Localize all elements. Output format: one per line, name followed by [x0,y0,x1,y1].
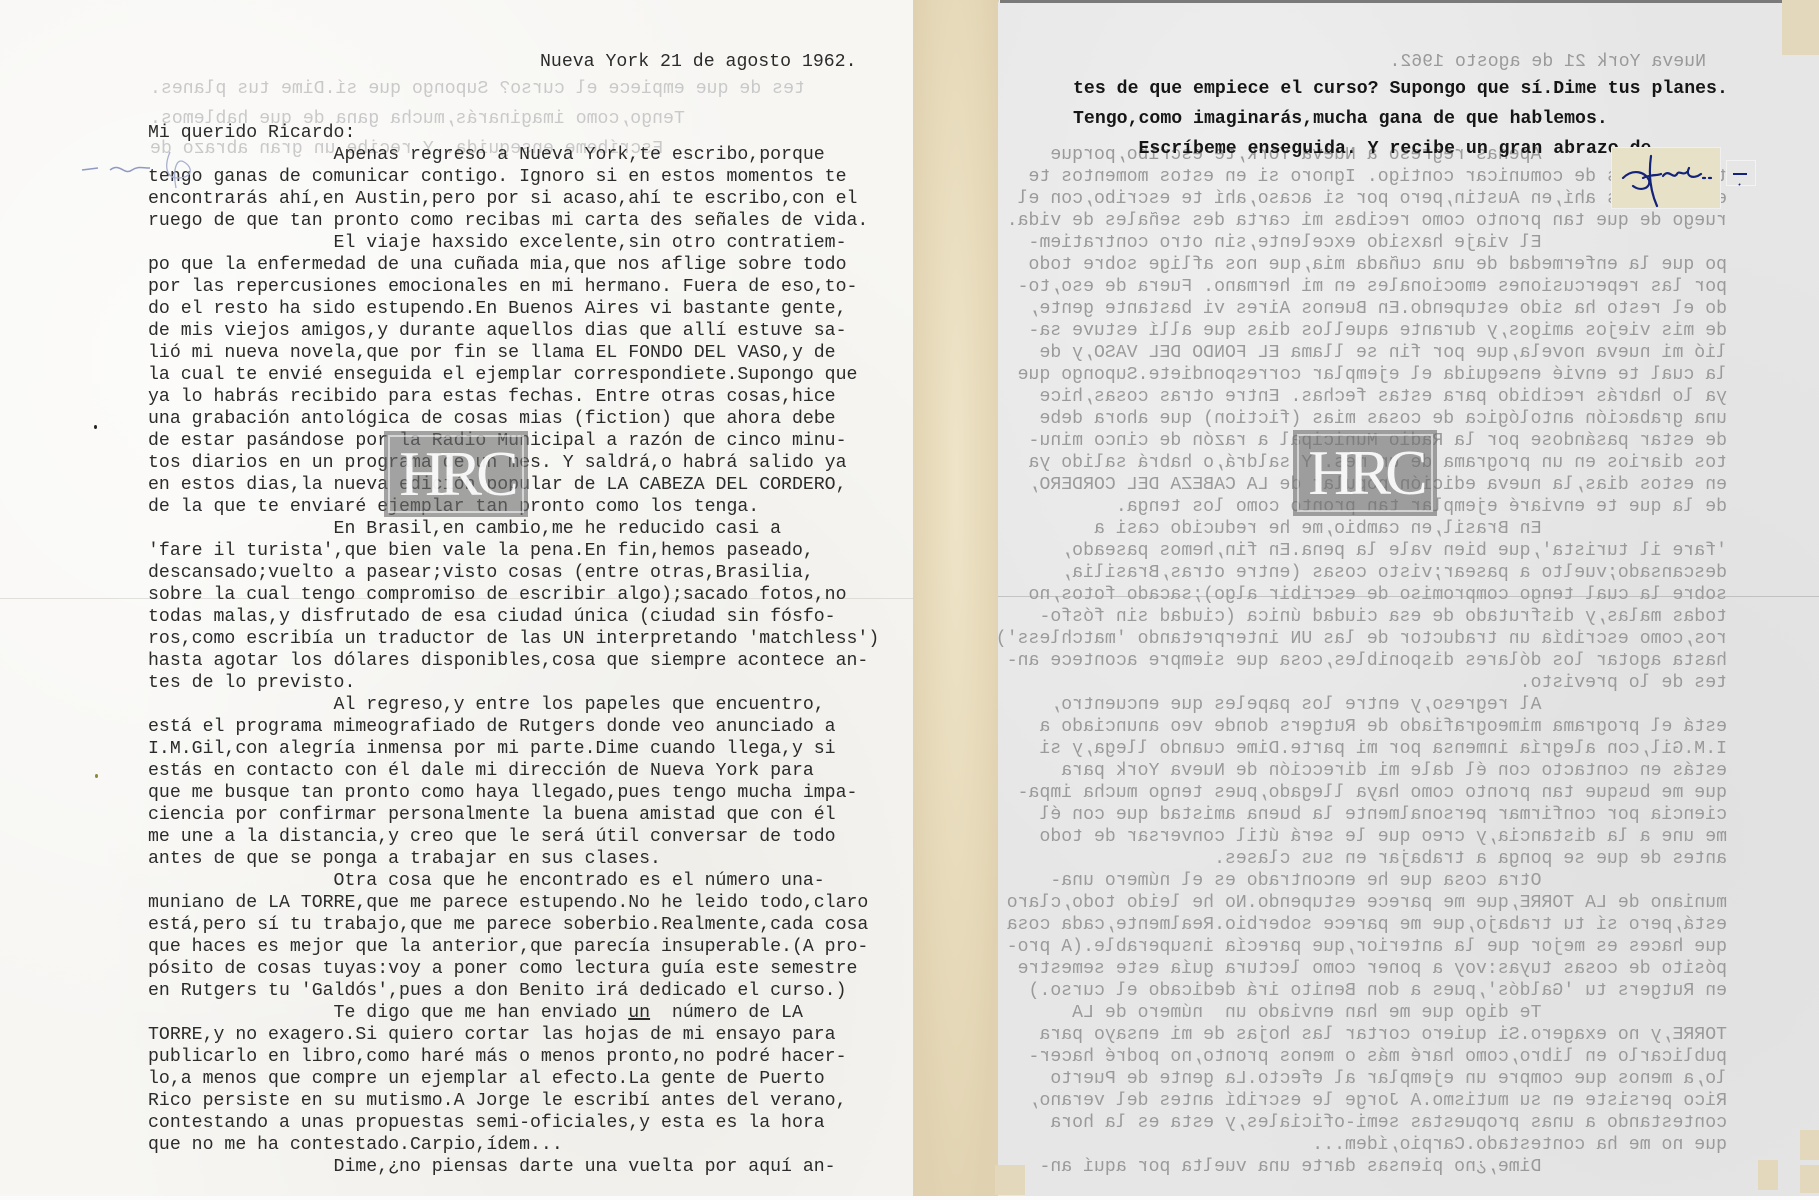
ghost-line: Te digo que me han enviado un número de … [997,1002,1727,1024]
ink-speck [95,774,98,778]
letter-line: contestando a unas propuestas semi-ofici… [148,1112,825,1134]
letter-line: pósito de cosas tuyas:voy a poner como l… [148,958,857,980]
letter-line: En Brasil,en cambio,me he reducido casi … [148,518,781,540]
letter-line: Rico persiste en su mutismo.A Jorge le e… [148,1090,847,1112]
letter-line: de mis viejos amigos,y durante aquellos … [148,320,847,342]
letter-line: que no me ha contestado.Carpio,ídem... [148,1134,563,1156]
date-line: Nueva York 21 de agosto 1962. [540,51,857,73]
ghost-line: estás en contacto con él dale mi direcci… [997,760,1727,782]
ghost-line: Dime,¿no piensas darte una vuelta por aq… [997,1156,1727,1178]
ghost-line: Al regreso,y entre los papeles que encue… [997,694,1727,716]
page-bottom-edge [0,1196,1819,1200]
ghost-line: ciencia por confirmar personalmente la b… [997,804,1727,826]
ghost-line: ros,como escribía un traductor de las UN… [997,628,1727,650]
paper-corner [1800,1130,1819,1160]
letter-line: una grabación antológica de cosas mias (… [148,408,836,430]
ghost-line: muniano de LA TORRE,que me parece estupe… [997,892,1727,914]
underlined-word: un [628,1003,650,1023]
hrc-watermark: HRC [384,431,528,517]
letter-line: El viaje haxsido excelente,sin otro cont… [148,232,847,254]
paper-corner [1758,1160,1778,1190]
letter-line: po que la enfermedad de una cuñada mia,q… [148,254,847,276]
letter-line: muniano de LA TORRE,que me parece estupe… [148,892,868,914]
letter-line: Te digo que me han enviado un número de … [148,1002,803,1024]
ghost-line: publicarlo en libro,como haré más o meno… [997,1046,1727,1068]
closing-line: Tengo,como imaginarás,mucha gana de que … [1073,108,1608,130]
ghost-line: contestando a unas propuestas semi-ofici… [997,1112,1727,1134]
ghost-line: una grabación antológica de cosas mias (… [997,408,1727,430]
closing-line: tes de que empiece el curso? Supongo que… [1073,78,1728,100]
letter-line: 'fare il turista',que bien vale la pena.… [148,540,814,562]
ink-speck [94,425,97,429]
letter-line: ya lo habrás recibido para estas fechas.… [148,386,836,408]
ghost-line: po que la enfermedad de una cuñada mia,q… [997,254,1727,276]
letter-line: encontrarás ahí,en Austin,pero por si ac… [148,188,857,210]
ghost-line: ruego de que tan pronto como recibas mi … [997,210,1727,232]
ghost-line: lió mi nueva novela,que por fin se llama… [997,342,1727,364]
letter-line: que haces es mejor que la anterior,que p… [148,936,868,958]
ghost-line: Nueva York 21 de agosto 1962. [976,51,1706,73]
ghost-line: está el programa mimeografiado de Rutger… [997,716,1727,738]
ghost-line: lo,a menos que compre un ejemplar al efe… [997,1068,1727,1090]
ghost-line: tes de lo previsto. [997,672,1727,694]
ghost-line: todas malas,y disfrutado de esa ciudad ú… [997,606,1727,628]
ghost-line: de mis viejos amigos,y durante aquellos … [997,320,1727,342]
ghost-line: Rico persiste en su mutismo.A Jorge le e… [997,1090,1727,1112]
letter-line: Otra cosa que he encontrado es el número… [148,870,825,892]
letter-line: descansado;vuelto a pasear;visto cosas (… [148,562,814,584]
letter-line: lió mi nueva novela,que por fin se llama… [148,342,836,364]
letter-line: do el resto ha sido estupendo.En Buenos … [148,298,847,320]
letter-line: TORRE,y no exagero.Si quiero cortar las … [148,1024,836,1046]
closing-line: Escríbeme enseguida. Y recibe un gran ab… [1073,138,1651,160]
letter-line: todas malas,y disfrutado de esa ciudad ú… [148,606,836,628]
letter-line: en Rutgers tu 'Galdós',pues a don Benito… [148,980,847,1002]
ghost-line: pósito de cosas tuyas:voy a poner como l… [997,958,1727,980]
page-top-edge [1000,0,1782,3]
hrc-watermark: HRC [1293,430,1437,516]
ghost-line: I.M.Gil,con alegría inmensa por mi parte… [997,738,1727,760]
ghost-line: tes de que empiece el curso? Supongo que… [150,78,805,100]
paper-corner [1800,1165,1819,1193]
ghost-line: do el resto ha sido estupendo.En Buenos … [997,298,1727,320]
ghost-line: ya lo habrás recibido para estas fechas.… [997,386,1727,408]
ghost-line: está,pero sí tu trabajo,que me parece so… [997,914,1727,936]
ghost-line: descansado;vuelto a pasear;visto cosas (… [997,562,1727,584]
ghost-line: la cual te envié enseguida el ejemplar c… [997,364,1727,386]
letter-line: Apenas regreso a Nueva York,te escribo,p… [148,144,825,166]
ghost-line: 'fare il turista',que bien vale la pena.… [997,540,1727,562]
ghost-line: El viaje haxsido excelente,sin otro cont… [997,232,1727,254]
letter-line: I.M.Gil,con alegría inmensa por mi parte… [148,738,836,760]
letter-line: ruego de que tan pronto como recibas mi … [148,210,868,232]
ghost-line: que haces es mejor que la anterior,que p… [997,936,1727,958]
letter-line: ros,como escribía un traductor de las UN… [148,628,879,650]
salutation: Mi querido Ricardo: [148,122,355,144]
ghost-line: hasta agotar los dólares disponibles,cos… [997,650,1727,672]
letter-line: tes de lo previsto. [148,672,355,694]
letter-line: me une a la distancia,y creo que le será… [148,826,836,848]
letter-line: estás en contacto con él dale mi direcci… [148,760,814,782]
letter-line: hasta agotar los dólares disponibles,cos… [148,650,868,672]
letter-line: Al regreso,y entre los papeles que encue… [148,694,825,716]
ghost-line: En Brasil,en cambio,me he reducido casi … [997,518,1727,540]
letter-line: está el programa mimeografiado de Rutger… [148,716,836,738]
ghost-line: que no me ha contestado.Carpio,ídem... [997,1134,1727,1156]
letter-line: por las repercusiones emocionales en mi … [148,276,857,298]
letter-line: tengo ganas de comunicar contigo. Ignoro… [148,166,847,188]
letter-line: publicarlo en libro,como haré más o meno… [148,1046,847,1068]
letter-line: sobre la cual tengo compromiso de escrib… [148,584,847,606]
letter-line: lo,a menos que compre un ejemplar al efe… [148,1068,825,1090]
ghost-line: TORRE,y no exagero.Si quiero cortar las … [997,1024,1727,1046]
ghost-line: me une a la distancia,y creo que le será… [997,826,1727,848]
ghost-line: por las repercusiones emocionales en mi … [997,276,1727,298]
ghost-line: en Rutgers tu 'Galdós',pues a don Benito… [997,980,1727,1002]
letter-line: la cual te envié enseguida el ejemplar c… [148,364,857,386]
pencil-margin-mark-icon [80,148,210,193]
letter-line: que me busque tan pronto como haya llega… [148,782,857,804]
letter-line: está,pero sí tu trabajo,que me parece so… [148,914,868,936]
letter-line: antes de que se ponga a trabajar en sus … [148,848,661,870]
handwritten-signature-icon [1615,150,1760,210]
letter-line: ciencia por confirmar personalmente la b… [148,804,836,826]
paper-edge-strip [913,0,999,1196]
letter-line: Dime,¿no piensas darte una vuelta por aq… [148,1156,836,1178]
ghost-line: antes de que se ponga a trabajar en sus … [997,848,1727,870]
ghost-line: sobre la cual tengo compromiso de escrib… [997,584,1727,606]
paper-corner [1782,0,1819,55]
ghost-line: Otra cosa que he encontrado es el número… [997,870,1727,892]
ghost-line: que me busque tan pronto como haya llega… [997,782,1727,804]
